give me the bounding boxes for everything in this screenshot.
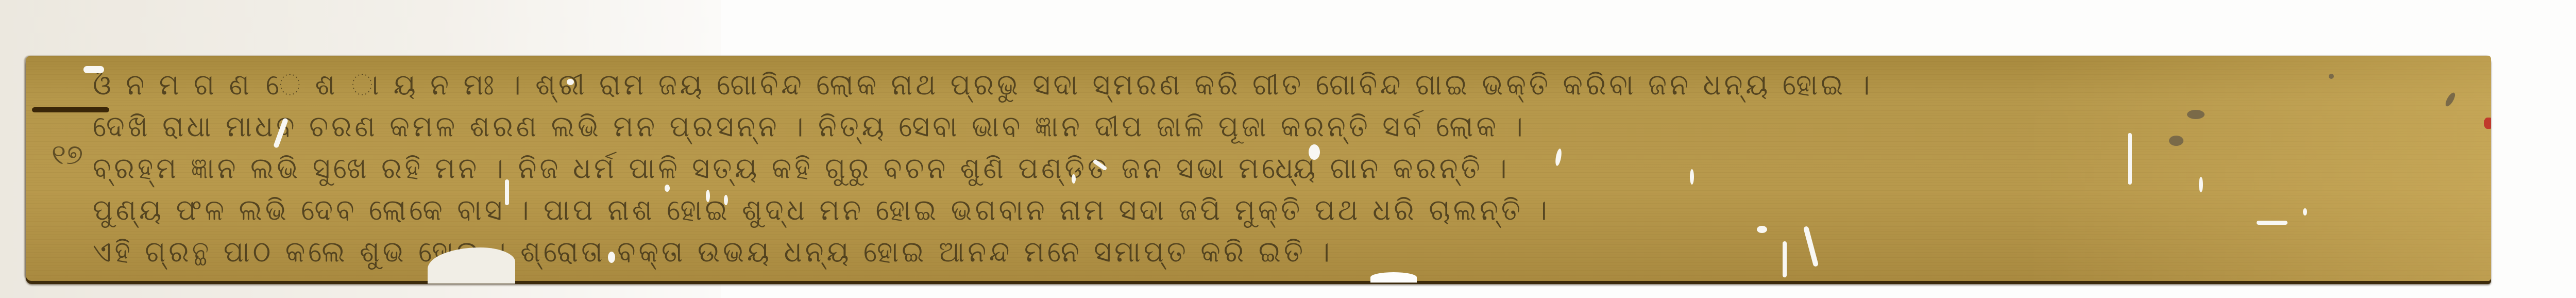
ink-blot xyxy=(2169,136,2183,146)
red-margin-mark xyxy=(2484,118,2491,129)
worm-hole xyxy=(1783,241,1787,277)
script-line-3: ବ୍ରହ୍ମ ଜ୍ଞାନ ଲଭି ସୁଖେ ରହି ମନ । ନିଜ ଧର୍ମ … xyxy=(93,150,2321,188)
ink-blot xyxy=(2329,74,2334,79)
worm-hole xyxy=(2199,177,2203,192)
worm-hole xyxy=(1072,174,1076,184)
worm-hole xyxy=(608,252,615,263)
torn-edge xyxy=(1370,272,1417,283)
worm-hole xyxy=(2303,208,2307,216)
worm-hole xyxy=(2128,133,2132,185)
script-line-1: ଓଁ ନ ମ ଗ ଣ େ ଶ ା ୟ ନ ମଃ । ଶ୍ରୀ ରାମ ଜୟ ଗୋ… xyxy=(93,67,2321,104)
worm-hole xyxy=(1757,226,1767,233)
folio-number: ୧୭ xyxy=(52,138,83,171)
worm-hole xyxy=(706,190,710,202)
worm-hole xyxy=(665,185,670,192)
worm-hole xyxy=(567,79,574,85)
script-line-5: ଏହି ଗ୍ରନ୍ଥ ପାଠ କଲେ ଶୁଭ ହୋଇ । ଶ୍ରୋତା ବକ୍ତ… xyxy=(93,234,2321,271)
worm-hole xyxy=(2257,221,2287,225)
ink-blot xyxy=(2187,110,2205,119)
script-line-4: ପୁଣ୍ୟ ଫଳ ଲଭି ଦେବ ଲୋକେ ବାସ । ପାପ ନାଶ ହୋଇ … xyxy=(93,192,2321,229)
worm-hole xyxy=(1690,169,1694,185)
manuscript-text-block: ଓଁ ନ ମ ଗ ଣ େ ଶ ା ୟ ନ ମଃ । ଶ୍ରୀ ରାମ ଜୟ ଗୋ… xyxy=(93,68,2321,269)
binding-hole xyxy=(1309,144,1320,160)
edge-crack xyxy=(32,107,109,112)
worm-hole xyxy=(505,179,509,205)
script-line-2: ଦେଖି ରାଧା ମାଧବ ଚରଣ କମଳ ଶରଣ ଲଭି ମନ ପ୍ରସନ୍… xyxy=(93,108,2321,146)
slit-hole xyxy=(83,66,104,73)
palm-leaf-manuscript: ୧୭ ଓଁ ନ ମ ଗ ଣ େ ଶ ା ୟ ନ ମଃ । ଶ୍ରୀ ରାମ ଜୟ… xyxy=(26,56,2491,281)
worm-hole xyxy=(724,195,728,205)
